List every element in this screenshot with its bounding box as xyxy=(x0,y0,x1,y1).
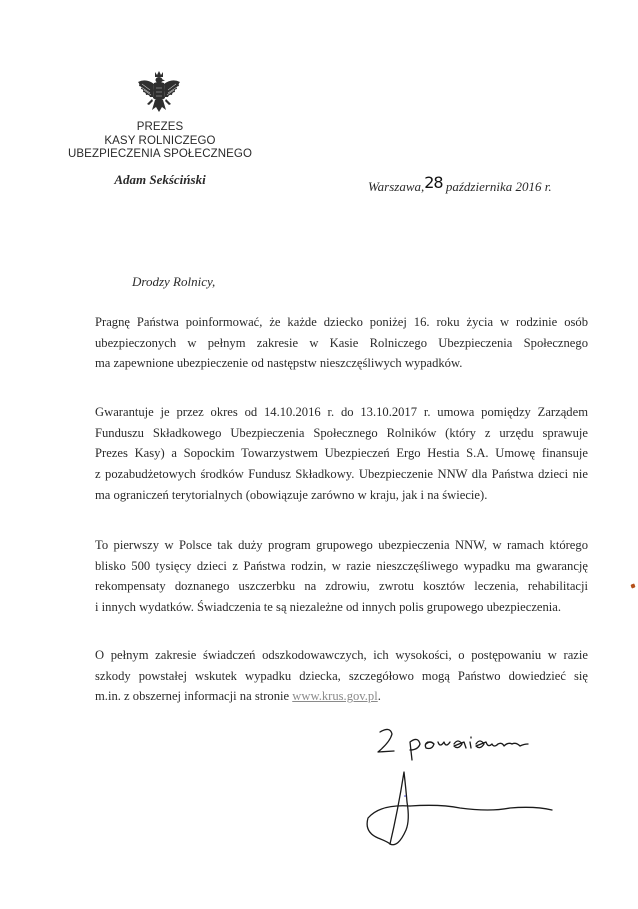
paragraph-line: szkody powstałej wskutek wypadku dziecka… xyxy=(95,666,588,687)
paragraph-line: Funduszu Składkowego Ubezpieczenia Społe… xyxy=(95,423,588,444)
paragraph-line: Pragnę Państwa poinformować, że każde dz… xyxy=(95,312,588,333)
letterhead-line-2: KASY ROLNICZEGO xyxy=(60,135,260,149)
paragraph-line: blisko 500 tysięcy dzieci z Państwa rodz… xyxy=(95,556,588,577)
stray-ink-mark xyxy=(630,583,635,588)
krus-website-link[interactable]: www.krus.gov.pl xyxy=(292,689,377,703)
greeting: Drodzy Rolnicy, xyxy=(132,274,215,290)
signature-icon xyxy=(340,720,560,900)
link-suffix-text: . xyxy=(378,689,381,703)
paragraph-4: O pełnym zakresie świadczeń odszkodowawc… xyxy=(95,645,588,707)
letter-date: Warszawa,28 października 2016 r. xyxy=(368,176,552,195)
paragraph-line: Prezes Kasy) a Sopockim Towarzystwem Ube… xyxy=(95,443,588,464)
paragraph-line: ma ograniczeń terytorialnych (obowiązuje… xyxy=(95,485,588,506)
date-day-handwritten: 28 xyxy=(424,173,442,192)
paragraph-line: ma zapewnione ubezpieczenie od następstw… xyxy=(95,353,588,374)
handwritten-closing xyxy=(340,720,560,900)
letterhead-line-3: UBEZPIECZENIA SPOŁECZNEGO xyxy=(60,148,260,162)
paragraph-line-with-link: m.in. z obszernej informacji na stronie … xyxy=(95,686,588,707)
paragraph-3: To pierwszy w Polsce tak duży program gr… xyxy=(95,535,588,618)
date-month-year: października 2016 r. xyxy=(443,179,552,194)
paragraph-line: Gwarantuje je przez okres od 14.10.2016 … xyxy=(95,402,588,423)
paragraph-2: Gwarantuje je przez okres od 14.10.2016 … xyxy=(95,402,588,506)
letterhead-line-1: PREZES xyxy=(60,121,260,135)
paragraph-line: O pełnym zakresie świadczeń odszkodowawc… xyxy=(95,645,588,666)
link-prefix-text: m.in. z obszernej informacji na stronie xyxy=(95,689,292,703)
paragraph-line: To pierwszy w Polsce tak duży program gr… xyxy=(95,535,588,556)
sender-name: Adam Sekściński xyxy=(60,172,260,188)
date-place: Warszawa, xyxy=(368,179,424,194)
paragraph-line: rekompensaty doznanego uszczerbku na zdr… xyxy=(95,576,588,597)
paragraph-line: i innych wydatków. Świadczenia te są nie… xyxy=(95,597,588,618)
letterhead-title: PREZES KASY ROLNICZEGO UBEZPIECZENIA SPO… xyxy=(60,121,260,162)
paragraph-1: Pragnę Państwa poinformować, że każde dz… xyxy=(95,312,588,374)
polish-eagle-emblem-icon xyxy=(136,70,182,118)
paragraph-line: ubezpieczonych w pełnym zakresie w Kasie… xyxy=(95,333,588,354)
paragraph-line: z pozabudżetowych środków Fundusz Składk… xyxy=(95,464,588,485)
